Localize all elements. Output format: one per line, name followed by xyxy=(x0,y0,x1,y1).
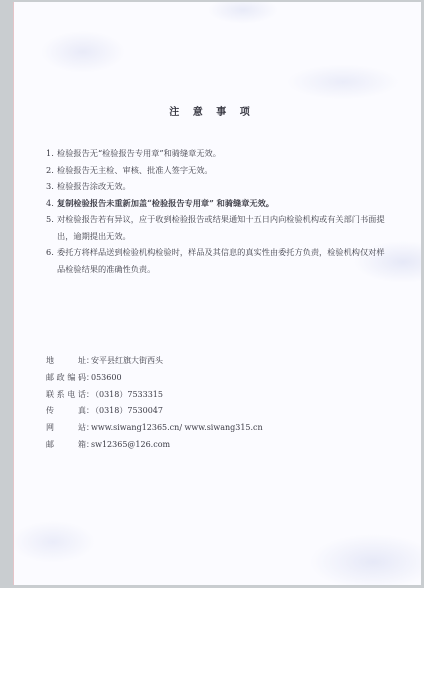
contact-value: （0318）7533315 xyxy=(90,387,163,404)
item-text: 对检验报告若有异议，应于收到检验报告或结果通知十五日内向检验机构或有关部门书面提… xyxy=(57,211,391,244)
page-title: 注 意 事 项 xyxy=(0,103,424,118)
notice-list: 1. 检验报告无“检验报告专用章”和骑缝章无效。 2. 检验报告无主检、审核、批… xyxy=(46,145,391,277)
contact-label: 地址 xyxy=(46,353,86,370)
contact-value: （0318）7530047 xyxy=(90,403,163,420)
notice-item-1: 1. 检验报告无“检验报告专用章”和骑缝章无效。 xyxy=(46,145,391,162)
notice-item-2: 2. 检验报告无主检、审核、批准人签字无效。 xyxy=(46,162,391,179)
contact-phone: 联系电话 ： （0318）7533315 xyxy=(46,387,346,404)
item-number: 1. xyxy=(46,145,54,162)
contact-value: 安平县红旗大街西头 xyxy=(90,353,163,370)
contact-address: 地址 ： 安平县红旗大街西头 xyxy=(46,353,346,370)
contact-value: 053600 xyxy=(90,370,122,387)
contact-email: 邮箱 ： sw12365@126.com xyxy=(46,437,346,454)
contact-website: 网站 ： www.siwang12365.cn/ www.siwang315.c… xyxy=(46,420,346,437)
item-number: 2. xyxy=(46,162,54,179)
contact-label: 网站 xyxy=(46,420,86,437)
item-number: 3. xyxy=(46,178,54,195)
item-number: 5. xyxy=(46,211,54,228)
item-number: 4. xyxy=(46,195,54,212)
contact-label: 传真 xyxy=(46,403,86,420)
item-text: 检验报告无主检、审核、批准人签字无效。 xyxy=(57,162,391,179)
scanned-page-frame xyxy=(0,0,424,588)
contact-fax: 传真 ： （0318）7530047 xyxy=(46,403,346,420)
item-text: 检验报告无“检验报告专用章”和骑缝章无效。 xyxy=(57,145,391,162)
contact-postcode: 邮政编码 ： 053600 xyxy=(46,370,346,387)
contact-value: www.siwang12365.cn/ www.siwang315.cn xyxy=(90,420,263,437)
paper-sheet xyxy=(13,2,421,585)
item-number: 6. xyxy=(46,244,54,261)
contact-label: 联系电话 xyxy=(46,387,86,404)
notice-item-5: 5. 对检验报告若有异议，应于收到检验报告或结果通知十五日内向检验机构或有关部门… xyxy=(46,211,391,244)
item-text: 检验报告涂改无效。 xyxy=(57,178,391,195)
item-text: 委托方将样品送到检验机构检验时，样品及其信息的真实性由委托方负责，检验机构仅对样… xyxy=(57,244,391,277)
contact-label: 邮政编码 xyxy=(46,370,86,387)
notice-item-3: 3. 检验报告涂改无效。 xyxy=(46,178,391,195)
notice-item-4: 4. 复制检验报告未重新加盖“检验报告专用章” 和骑缝章无效。 xyxy=(46,195,391,212)
contact-info: 地址 ： 安平县红旗大街西头 邮政编码 ： 053600 联系电话 ： （031… xyxy=(46,353,346,454)
contact-label: 邮箱 xyxy=(46,437,86,454)
notice-item-6: 6. 委托方将样品送到检验机构检验时，样品及其信息的真实性由委托方负责，检验机构… xyxy=(46,244,391,277)
item-text: 复制检验报告未重新加盖“检验报告专用章” 和骑缝章无效。 xyxy=(57,195,391,212)
contact-value: sw12365@126.com xyxy=(90,437,170,454)
